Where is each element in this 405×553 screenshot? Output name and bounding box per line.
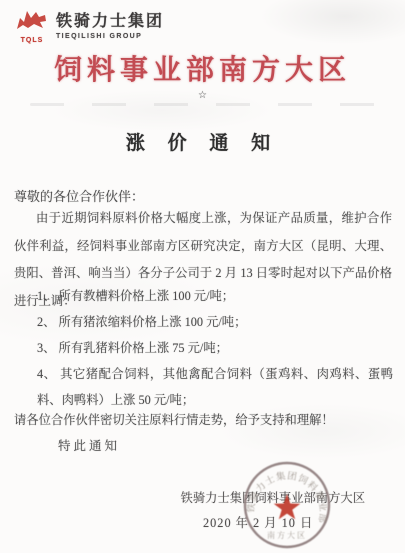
list-item-4: 4、 其它猪配合饲料，其他禽配合饲料（蛋鸡料、肉鸡料、蛋鸭 料、肉鸭料）上涨 5… (37, 361, 393, 413)
horse-logo-icon: TQLS (14, 8, 50, 44)
seal-bottom-text: 南方大区 (267, 530, 307, 540)
list-item-2: 2、 所有猪浓缩料价格上涨 100 元/吨； (37, 309, 393, 335)
list-item-3: 3、 所有乳猪料价格上涨 75 元/吨； (37, 335, 393, 361)
notice-document: TQLS 铁骑力士集团 TIEQILISHI GROUP 饲料事业部南方大区 ☆… (0, 0, 405, 553)
closing-line: 特此通知 (58, 436, 120, 454)
company-logo: TQLS 铁骑力士集团 TIEQILISHI GROUP (14, 8, 164, 44)
appeal-line: 请各位合作伙伴密切关注原料行情走势，给予支持和理解！ (14, 410, 394, 428)
logo-text: 铁骑力士集团 TIEQILISHI GROUP (56, 8, 164, 40)
official-seal: 铁骑力士集团饲料事业部 南方大区 (241, 458, 333, 553)
horse-icon (15, 8, 49, 32)
company-name-en: TIEQILISHI GROUP (56, 33, 164, 40)
division-banner: 饲料事业部南方大区 (0, 48, 405, 88)
notice-title: 涨 价 通 知 (0, 128, 405, 155)
divider-smudge (30, 103, 375, 106)
divider-star-icon: ☆ (0, 90, 405, 101)
logo-abbr: TQLS (14, 37, 50, 44)
seal-graphic: 铁骑力士集团饲料事业部 南方大区 (241, 458, 333, 553)
greeting: 尊敬的各位合作伙伴： (14, 186, 144, 205)
list-item-1: 1、 所有教槽料价格上涨 100 元/吨； (37, 283, 393, 309)
company-name-cn: 铁骑力士集团 (56, 8, 164, 31)
seal-star-icon (274, 494, 301, 519)
